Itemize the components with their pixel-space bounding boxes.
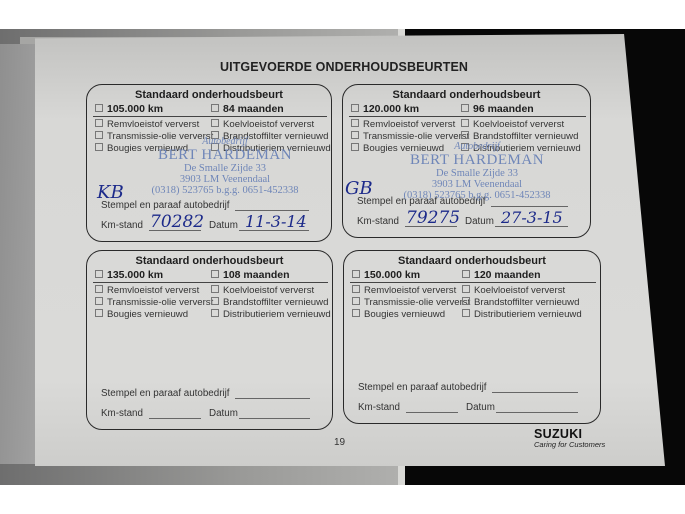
checkbox[interactable] [462, 285, 470, 293]
km-checkbox-row[interactable]: 105.000 km [95, 103, 163, 115]
km-checkbox-row[interactable]: 135.000 km [95, 269, 163, 281]
divider [350, 282, 596, 283]
stamp-phone: (0318) 523765 b.g.g. 0651-452338 [140, 185, 310, 196]
service-header: Standaard onderhoudsbeurt [344, 255, 600, 267]
km-label: Km-stand [101, 220, 143, 231]
date-label: Datum [465, 216, 494, 227]
task-label: Bougies vernieuwd [364, 309, 445, 320]
checkbox[interactable] [461, 119, 469, 127]
task-label: Transmissie-olie ververst [364, 297, 470, 308]
task-label: Bougies vernieuwd [107, 309, 188, 320]
checkbox[interactable] [211, 309, 219, 317]
date-field[interactable] [496, 412, 578, 413]
task-label: Brandstoffilter vernieuwd [223, 297, 328, 308]
checkbox[interactable] [95, 285, 103, 293]
checkbox[interactable] [95, 309, 103, 317]
months-interval: 120 maanden [474, 269, 541, 281]
months-interval: 108 maanden [223, 269, 290, 281]
checkbox[interactable] [95, 131, 103, 139]
months-checkbox-row[interactable]: 120 maanden [462, 269, 541, 281]
checkbox[interactable] [211, 104, 219, 112]
initials-handwritten: KB [97, 182, 124, 203]
brand-logo: SUZUKI Caring for Customers [534, 427, 605, 449]
task-checkbox-row[interactable]: Remvloeistof ververst [95, 285, 199, 296]
task-checkbox-row[interactable]: Bougies vernieuwd [352, 309, 445, 320]
stamp-company-name: BERT HARDEMAN [392, 153, 562, 169]
km-interval: 150.000 km [364, 269, 420, 281]
date-value-handwritten: 27-3-15 [501, 208, 563, 227]
checkbox[interactable] [461, 104, 469, 112]
task-checkbox-row[interactable]: Koelvloeistof ververst [211, 119, 314, 130]
divider [93, 116, 327, 117]
months-checkbox-row[interactable]: 108 maanden [211, 269, 290, 281]
service-box-4: Standaard onderhoudsbeurt150.000 km120 m… [343, 250, 601, 424]
km-label: Km-stand [357, 216, 399, 227]
km-interval: 105.000 km [107, 103, 163, 115]
checkbox[interactable] [462, 270, 470, 278]
checkbox[interactable] [211, 297, 219, 305]
months-checkbox-row[interactable]: 96 maanden [461, 103, 534, 115]
date-value-handwritten: 11-3-14 [245, 212, 307, 231]
service-box-3: Standaard onderhoudsbeurt135.000 km108 m… [86, 250, 333, 430]
stamp-company-name: BERT HARDEMAN [140, 148, 310, 164]
initials-handwritten: GB [345, 178, 373, 199]
task-label: Koelvloeistof ververst [223, 119, 314, 130]
dealer-stamp-2: AutobedrijfBERT HARDEMANDe Smalle Zijde … [392, 142, 562, 201]
checkbox[interactable] [351, 104, 359, 112]
task-checkbox-row[interactable]: Transmissie-olie ververst [95, 297, 213, 308]
km-interval: 135.000 km [107, 269, 163, 281]
task-checkbox-row[interactable]: Brandstoffilter vernieuwd [211, 297, 328, 308]
months-interval: 84 maanden [223, 103, 284, 115]
stamp-street: De Smalle Zijde 33 [140, 163, 310, 174]
stamp-label: Stempel en paraaf autobedrijf [358, 382, 487, 393]
brand-tagline: Caring for Customers [534, 440, 605, 449]
checkbox[interactable] [211, 119, 219, 127]
km-checkbox-row[interactable]: 120.000 km [351, 103, 419, 115]
checkbox[interactable] [351, 143, 359, 151]
checkbox[interactable] [352, 297, 360, 305]
date-label: Datum [466, 402, 495, 413]
divider [93, 282, 328, 283]
task-label: Transmissie-olie ververst [107, 297, 213, 308]
task-checkbox-row[interactable]: Koelvloeistof ververst [462, 285, 565, 296]
checkbox[interactable] [351, 119, 359, 127]
task-checkbox-row[interactable]: Bougies vernieuwd [95, 309, 188, 320]
checkbox[interactable] [351, 131, 359, 139]
task-checkbox-row[interactable]: Brandstoffilter vernieuwd [462, 297, 579, 308]
page-number: 19 [334, 437, 345, 448]
km-field[interactable] [406, 412, 458, 413]
checkbox[interactable] [352, 285, 360, 293]
months-checkbox-row[interactable]: 84 maanden [211, 103, 284, 115]
checkbox[interactable] [352, 309, 360, 317]
task-label: Koelvloeistof ververst [473, 119, 564, 130]
task-label: Remvloeistof ververst [107, 119, 199, 130]
task-checkbox-row[interactable]: Remvloeistof ververst [352, 285, 456, 296]
checkbox[interactable] [462, 297, 470, 305]
checkbox[interactable] [95, 297, 103, 305]
service-header: Standaard onderhoudsbeurt [87, 255, 332, 267]
checkbox[interactable] [95, 143, 103, 151]
checkbox[interactable] [211, 270, 219, 278]
km-interval: 120.000 km [363, 103, 419, 115]
task-checkbox-row[interactable]: Transmissie-olie ververst [351, 131, 469, 142]
km-field[interactable] [149, 418, 201, 419]
checkbox[interactable] [462, 309, 470, 317]
task-label: Koelvloeistof ververst [474, 285, 565, 296]
stamp-city: 3903 LM Veenendaal [140, 174, 310, 185]
stamp-field[interactable] [492, 392, 578, 393]
task-checkbox-row[interactable]: Distributieriem vernieuwd [462, 309, 582, 320]
date-label: Datum [209, 408, 238, 419]
months-interval: 96 maanden [473, 103, 534, 115]
stamp-phone: (0318) 523765 b.g.g. 0651-452338 [392, 190, 562, 201]
brand-name: SUZUKI [534, 427, 605, 441]
dealer-stamp-1: AutobedrijfBERT HARDEMANDe Smalle Zijde … [140, 137, 310, 196]
km-value-handwritten: 70282 [150, 212, 204, 232]
km-label: Km-stand [101, 408, 143, 419]
task-label: Remvloeistof ververst [107, 285, 199, 296]
divider [349, 116, 586, 117]
stamp-field[interactable] [235, 210, 309, 211]
task-label: Brandstoffilter vernieuwd [474, 297, 579, 308]
task-checkbox-row[interactable]: Transmissie-olie ververst [352, 297, 470, 308]
service-header: Standaard onderhoudsbeurt [87, 89, 331, 101]
checkbox[interactable] [211, 285, 219, 293]
task-label: Distributieriem vernieuwd [223, 309, 331, 320]
date-label: Datum [209, 220, 238, 231]
task-label: Koelvloeistof ververst [223, 285, 314, 296]
task-checkbox-row[interactable]: Remvloeistof ververst [95, 119, 199, 130]
task-checkbox-row[interactable]: Koelvloeistof ververst [461, 119, 564, 130]
service-header: Standaard onderhoudsbeurt [343, 89, 590, 101]
checkbox[interactable] [461, 131, 469, 139]
task-checkbox-row[interactable]: Remvloeistof ververst [351, 119, 455, 130]
checkbox[interactable] [95, 119, 103, 127]
stamp-company-type: Autobedrijf [392, 142, 562, 153]
stamp-company-type: Autobedrijf [140, 137, 310, 148]
page-title: UITGEVOERDE ONDERHOUDSBEURTEN [220, 60, 480, 74]
task-label: Remvloeistof ververst [363, 119, 455, 130]
checkbox[interactable] [352, 270, 360, 278]
task-label: Distributieriem vernieuwd [474, 309, 582, 320]
km-value-handwritten: 79275 [406, 208, 460, 228]
stamp-field[interactable] [491, 206, 568, 207]
stamp-label: Stempel en paraaf autobedrijf [101, 388, 230, 399]
km-checkbox-row[interactable]: 150.000 km [352, 269, 420, 281]
task-checkbox-row[interactable]: Distributieriem vernieuwd [211, 309, 331, 320]
date-field[interactable] [239, 418, 310, 419]
checkbox[interactable] [95, 104, 103, 112]
stamp-field[interactable] [235, 398, 310, 399]
task-label: Remvloeistof ververst [364, 285, 456, 296]
stamp-city: 3903 LM Veenendaal [392, 179, 562, 190]
task-checkbox-row[interactable]: Koelvloeistof ververst [211, 285, 314, 296]
km-label: Km-stand [358, 402, 400, 413]
checkbox[interactable] [95, 270, 103, 278]
stamp-street: De Smalle Zijde 33 [392, 168, 562, 179]
